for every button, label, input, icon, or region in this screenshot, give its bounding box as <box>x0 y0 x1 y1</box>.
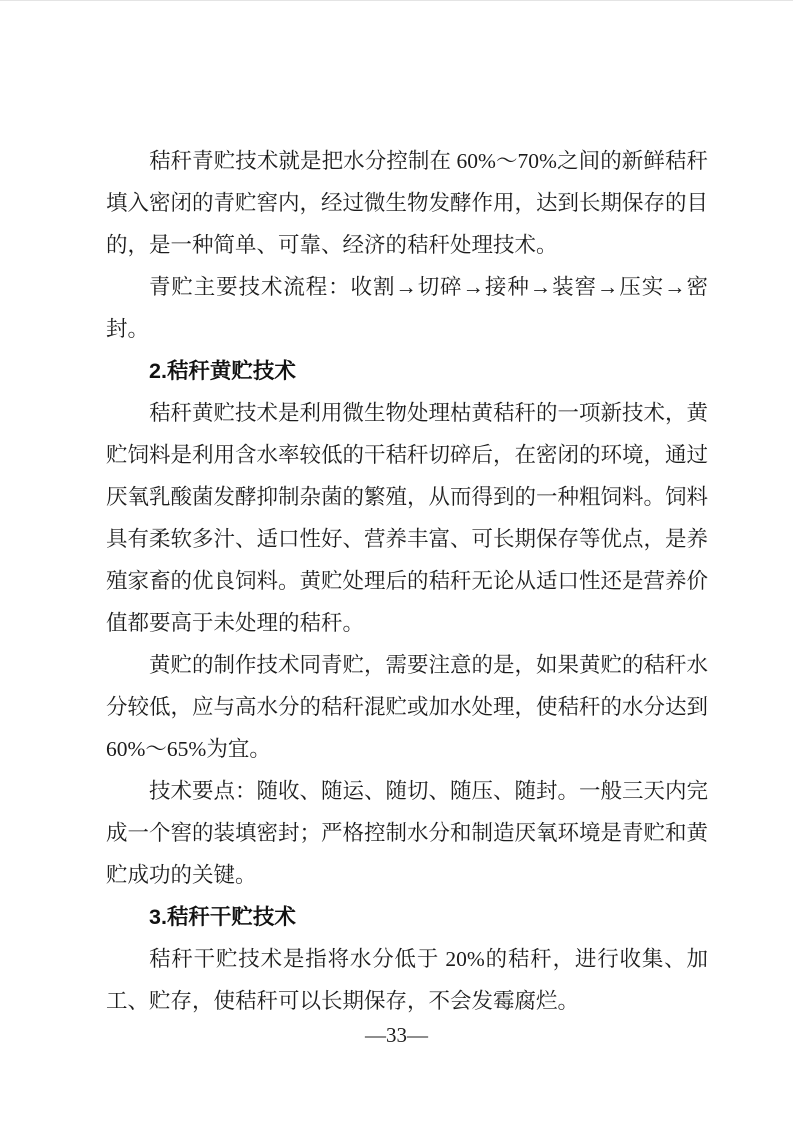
page-number: —33— <box>365 1023 428 1047</box>
heading-dry-storage-technique: 3.秸秆干贮技术 <box>106 896 708 938</box>
paragraph-yellow-storage-key-points: 技术要点：随收、随运、随切、随压、随封。一般三天内完成一个窖的装填密封；严格控制… <box>106 770 708 896</box>
paragraph-green-storage-process: 青贮主要技术流程：收割→切碎→接种→装窖→压实→密封。 <box>106 266 708 350</box>
paragraph-green-storage-intro: 秸秆青贮技术就是把水分控制在 60%～70%之间的新鲜秸秆填入密闭的青贮窖内，经… <box>106 140 708 266</box>
document-content: 秸秆青贮技术就是把水分控制在 60%～70%之间的新鲜秸秆填入密闭的青贮窖内，经… <box>106 140 708 1022</box>
page-footer: —33— <box>0 1023 793 1047</box>
paragraph-dry-storage-intro: 秸秆干贮技术是指将水分低于 20%的秸秆，进行收集、加工、贮存，使秸秆可以长期保… <box>106 938 708 1022</box>
paragraph-yellow-storage-intro: 秸秆黄贮技术是利用微生物处理枯黄秸秆的一项新技术，黄贮饲料是利用含水率较低的干秸… <box>106 392 708 644</box>
document-page: 秸秆青贮技术就是把水分控制在 60%～70%之间的新鲜秸秆填入密闭的青贮窖内，经… <box>0 0 793 1122</box>
paragraph-yellow-storage-moisture: 黄贮的制作技术同青贮，需要注意的是，如果黄贮的秸秆水分较低，应与高水分的秸秆混贮… <box>106 644 708 770</box>
heading-yellow-storage-technique: 2.秸秆黄贮技术 <box>106 350 708 392</box>
